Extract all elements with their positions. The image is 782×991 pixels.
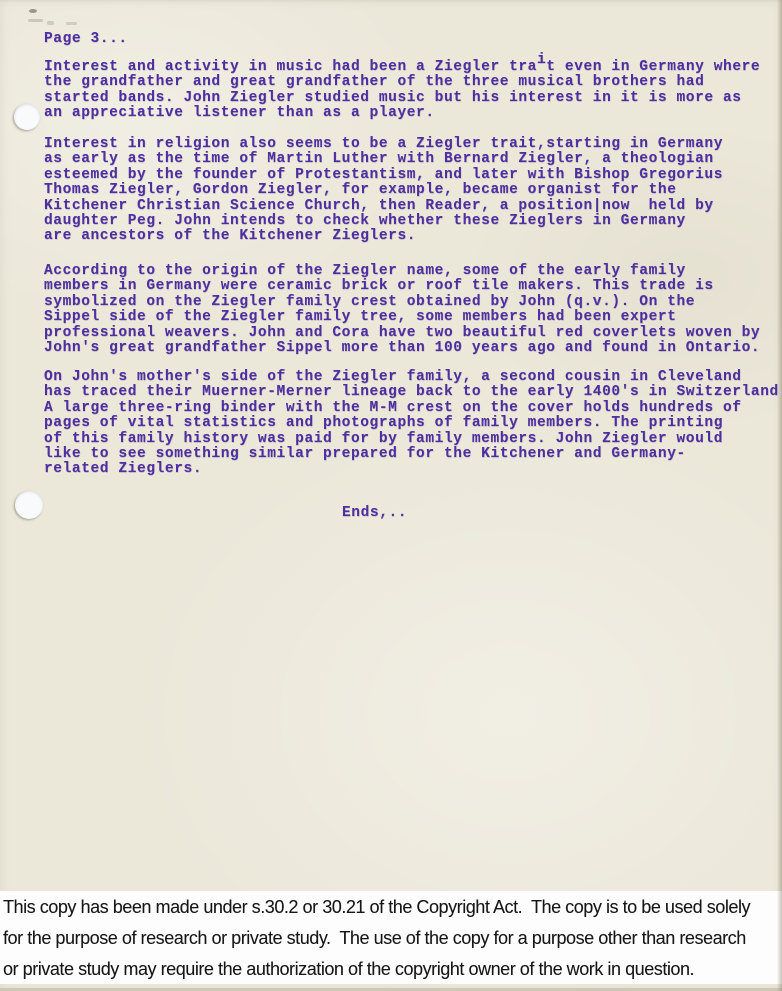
smudge-mark bbox=[66, 22, 77, 25]
smudge-mark bbox=[29, 9, 37, 13]
paragraph-mothers-side: On John's mother's side of the Ziegler f… bbox=[44, 370, 779, 478]
scan-edge-shadow bbox=[777, 0, 782, 991]
inserted-typo-char: i bbox=[537, 52, 546, 68]
paragraph-name-origin: According to the origin of the Ziegler n… bbox=[44, 264, 760, 356]
smudge-mark bbox=[28, 19, 43, 22]
ends-label: Ends,.. bbox=[342, 506, 407, 521]
hole-punch-bottom bbox=[15, 491, 43, 519]
hole-punch-top bbox=[14, 104, 40, 130]
scanned-page: Page 3... Interest and activity in music… bbox=[0, 0, 782, 991]
page-number-label: Page 3... bbox=[44, 32, 128, 47]
copyright-notice-band: This copy has been made under s.30.2 or … bbox=[0, 891, 782, 984]
smudge-mark bbox=[47, 21, 54, 25]
paragraph-music: Interest and activity in music had been … bbox=[44, 60, 760, 122]
copyright-notice-text: This copy has been made under s.30.2 or … bbox=[3, 892, 781, 985]
paragraph-religion: Interest in religion also seems to be a … bbox=[44, 137, 723, 245]
paragraph-text: Interest and activity in music had been … bbox=[44, 59, 537, 75]
